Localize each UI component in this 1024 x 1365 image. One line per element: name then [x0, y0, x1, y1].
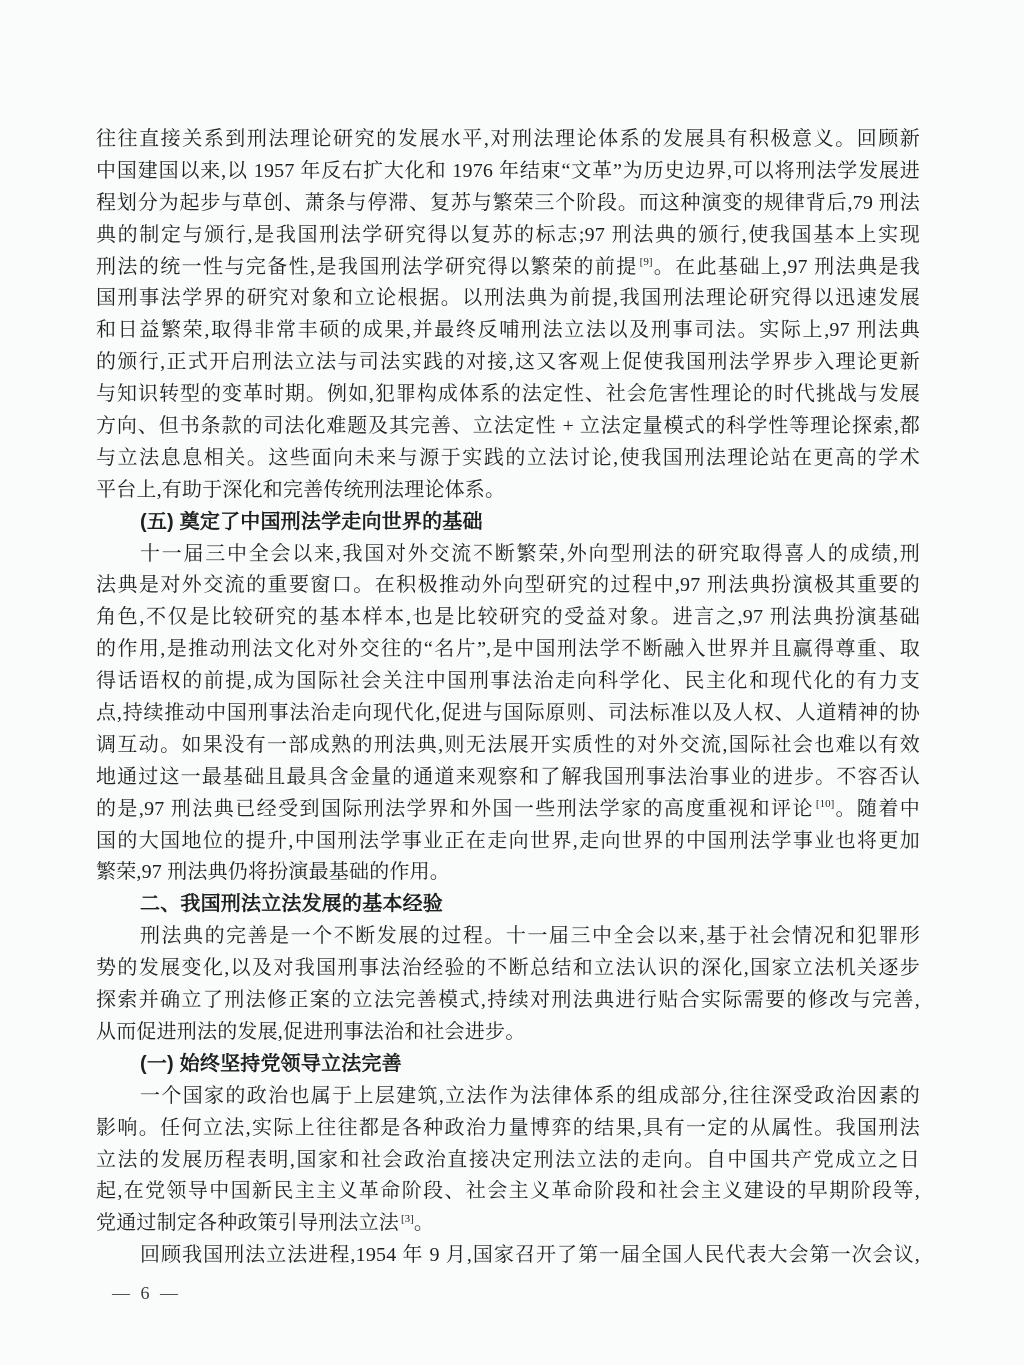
- text-line: 点,持续推动中国刑事法治走向现代化,促进与国际原则、司法标准以及人权、人道精神的…: [96, 698, 920, 730]
- text-line: 程划分为起步与草创、萧条与停滞、复苏与繁荣三个阶段。而这种演变的规律背后,79 …: [96, 188, 920, 220]
- text-line: 典的制定与颁行,是我国刑法学研究得以复苏的标志;97 刑法典的颁行,使我国基本上…: [96, 220, 920, 252]
- document-page: 往往直接关系到刑法理论研究的发展水平,对刑法理论体系的发展具有积极意义。回顾新中…: [0, 0, 1024, 1365]
- text-line: 与立法息息相关。这些面向未来与源于实践的立法讨论,使我国刑法理论站在更高的学术: [96, 443, 920, 475]
- footnote-marker: [3]: [399, 1213, 414, 1225]
- text-line: 国刑事法学界的研究对象和立论根据。以刑法典为前提,我国刑法理论研究得以迅速发展: [96, 283, 920, 315]
- text-line: 刑法的统一性与完备性,是我国刑法学研究得以繁荣的前提[9]。在此基础上,97 刑…: [96, 252, 920, 284]
- text-line: 党通过制定各种政策引导刑法立法[3]。: [96, 1208, 920, 1240]
- text-line: 国的大国地位的提升,中国刑法学事业正在走向世界,走向世界的中国刑法学事业也将更加: [96, 826, 920, 858]
- text-line: 的作用,是推动刑法文化对外交往的“名片”,是中国刑法学不断融入世界并且赢得尊重、…: [96, 634, 920, 666]
- text-line: 刑法典的完善是一个不断发展的过程。十一届三中全会以来,基于社会情况和犯罪形: [96, 921, 920, 953]
- text-line: 一个国家的政治也属于上层建筑,立法作为法律体系的组成部分,往往深受政治因素的: [96, 1081, 920, 1113]
- text-line: 立法的发展历程表明,国家和社会政治直接决定刑法立法的走向。自中国共产党成立之日: [96, 1145, 920, 1177]
- text-line: 角色,不仅是比较研究的基本样本,也是比较研究的受益对象。进言之,97 刑法典扮演…: [96, 602, 920, 634]
- text-line: 势的发展变化,以及对我国刑事法治经验的不断总结和立法认识的深化,国家立法机关逐步: [96, 953, 920, 985]
- text-line: 探索并确立了刑法修正案的立法完善模式,持续对刑法典进行贴合实际需要的修改与完善,: [96, 985, 920, 1017]
- text-line: 得话语权的前提,成为国际社会关注中国刑事法治走向科学化、民主化和现代化的有力支: [96, 666, 920, 698]
- footnote-marker: [9]: [638, 256, 653, 268]
- text-line: 调互动。如果没有一部成熟的刑法典,则无法展开实质性的对外交流,国际社会也难以有效: [96, 730, 920, 762]
- text-line: 中国建国以来,以 1957 年反右扩大化和 1976 年结束“文革”为历史边界,…: [96, 156, 920, 188]
- page-number: — 6 —: [112, 1283, 181, 1304]
- text-line: 影响。任何立法,实际上往往都是各种政治力量博弈的结果,具有一定的从属性。我国刑法: [96, 1113, 920, 1145]
- text-line: 从而促进刑法的发展,促进刑事法治和社会进步。: [96, 1017, 920, 1049]
- text-line: 与知识转型的变革时期。例如,犯罪构成体系的法定性、社会危害性理论的时代挑战与发展: [96, 379, 920, 411]
- text-line: 起,在党领导中国新民主主义革命阶段、社会主义革命阶段和社会主义建设的早期阶段等,: [96, 1176, 920, 1208]
- text-line: 平台上,有助于深化和完善传统刑法理论体系。: [96, 475, 920, 507]
- text-line: 和日益繁荣,取得非常丰硕的成果,并最终反哺刑法立法以及刑事司法。实际上,97 刑…: [96, 315, 920, 347]
- text-line: 的是,97 刑法典已经受到国际刑法学界和外国一些刑法学家的高度重视和评论[10]…: [96, 794, 920, 826]
- text-line: 方向、但书条款的司法化难题及其完善、立法定性 + 立法定量模式的科学性等理论探索…: [96, 411, 920, 443]
- text-line: 繁荣,97 刑法典仍将扮演最基础的作用。: [96, 857, 920, 889]
- text-line: 法典是对外交流的重要窗口。在积极推动外向型研究的过程中,97 刑法典扮演极其重要…: [96, 570, 920, 602]
- text-line: 地通过这一最基础且最具含金量的通道来观察和了解我国刑事法治事业的进步。不容否认: [96, 762, 920, 794]
- text-line: 往往直接关系到刑法理论研究的发展水平,对刑法理论体系的发展具有积极意义。回顾新: [96, 124, 920, 156]
- text-line: 十一届三中全会以来,我国对外交流不断繁荣,外向型刑法的研究取得喜人的成绩,刑: [96, 539, 920, 571]
- subsection-heading: (五) 奠定了中国刑法学走向世界的基础: [96, 507, 920, 539]
- text-line: 回顾我国刑法立法进程,1954 年 9 月,国家召开了第一届全国人民代表大会第一…: [96, 1240, 920, 1272]
- section-heading: 二、我国刑法立法发展的基本经验: [96, 889, 920, 921]
- document-body: 往往直接关系到刑法理论研究的发展水平,对刑法理论体系的发展具有积极意义。回顾新中…: [96, 124, 920, 1272]
- footnote-marker: [10]: [814, 798, 834, 810]
- subsection-heading: (一) 始终坚持党领导立法完善: [96, 1049, 920, 1081]
- text-line: 的颁行,正式开启刑法立法与司法实践的对接,这又客观上促使我国刑法学界步入理论更新: [96, 347, 920, 379]
